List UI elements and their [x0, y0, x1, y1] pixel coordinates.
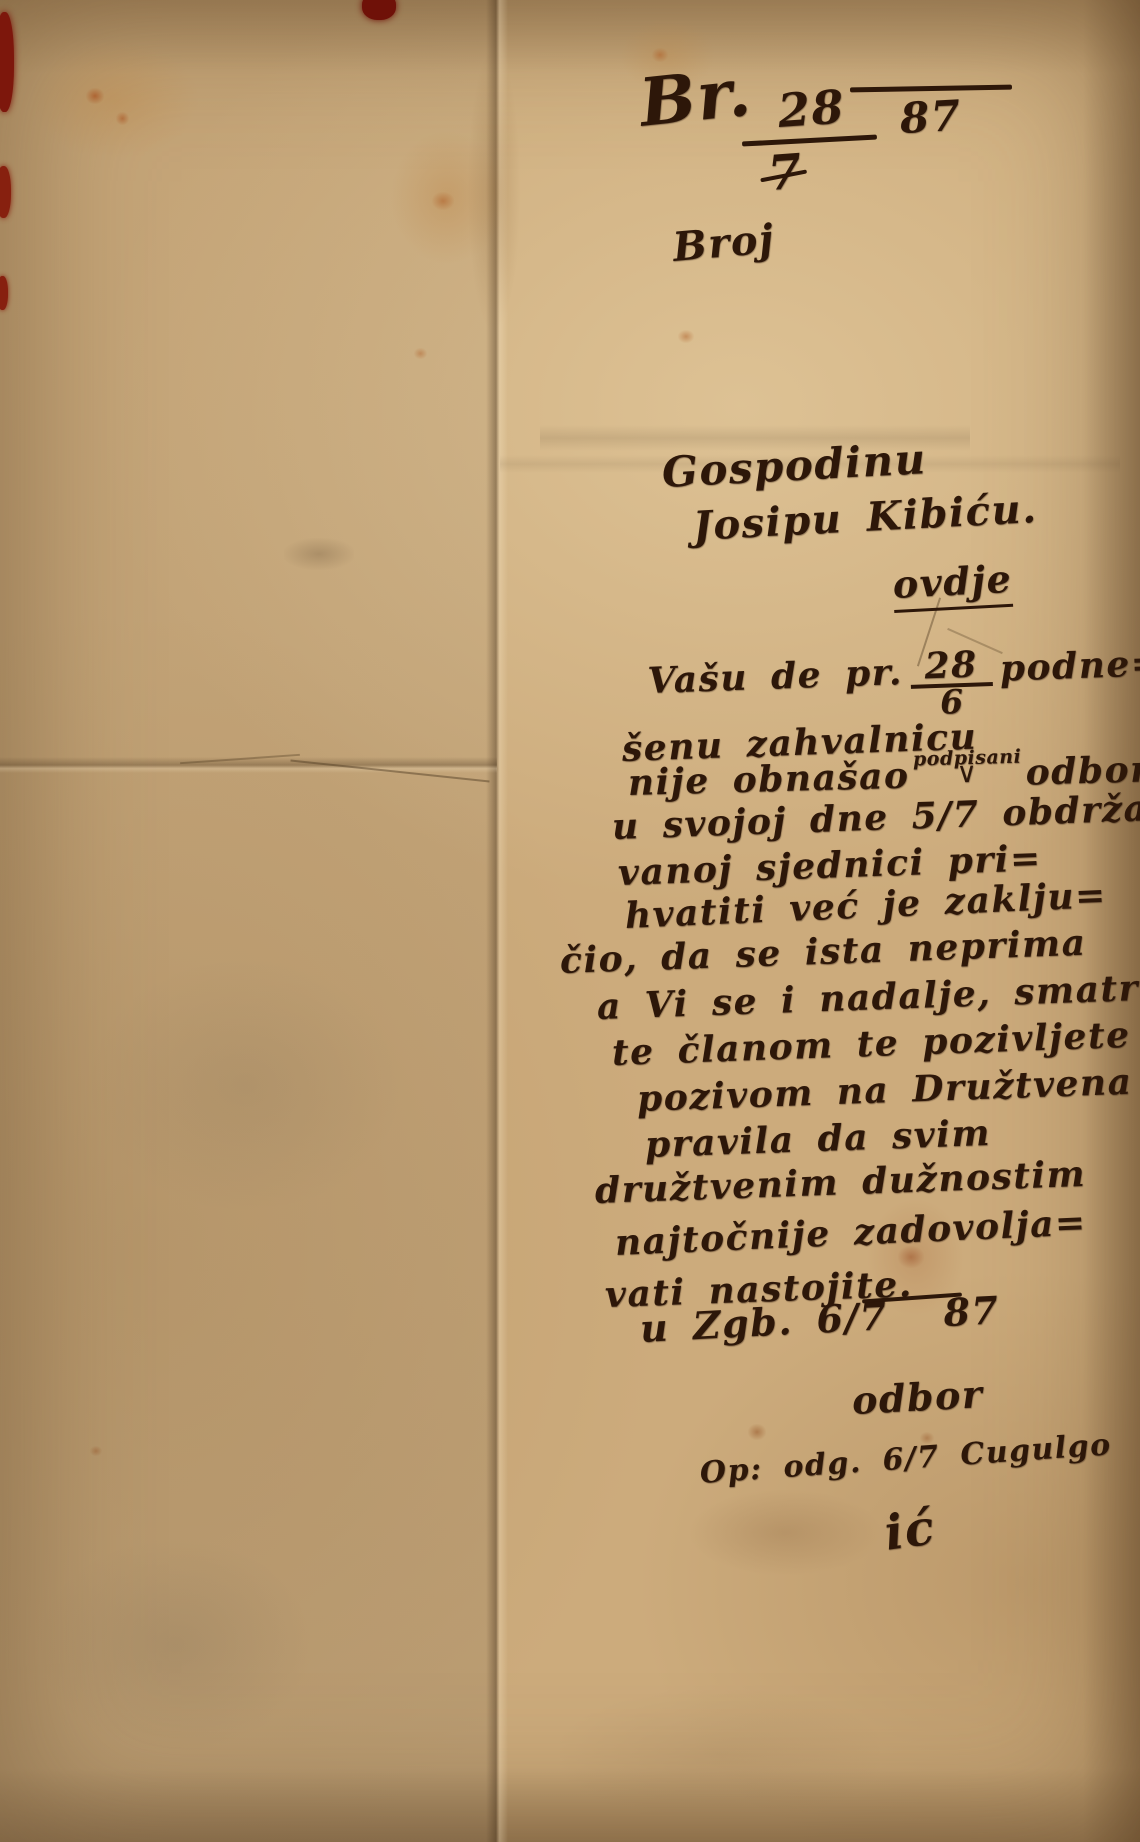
paper-stain	[414, 348, 427, 359]
red-edge-mark	[0, 12, 14, 112]
received-denominator: 6	[911, 686, 993, 719]
paper-stain	[116, 112, 129, 125]
registry-year: 87	[899, 91, 963, 143]
horizontal-fold	[0, 757, 497, 773]
red-edge-mark	[362, 0, 396, 20]
paper-stain	[690, 1490, 880, 1575]
address-place: ovdje	[892, 556, 1014, 613]
paper-stain	[30, 40, 200, 160]
paper-stain	[652, 48, 668, 62]
red-edge-mark	[0, 276, 8, 310]
received-number-fraction: 286	[910, 648, 993, 719]
paper-stain	[560, 1690, 880, 1820]
paper-stain	[40, 1540, 310, 1750]
registry-year-overline	[850, 85, 1012, 93]
crossed-seven: 7	[766, 144, 805, 202]
registry-note: Op: odg. 6/7 Cugulgo	[699, 1427, 1113, 1491]
closing-signatory: odbor	[851, 1371, 985, 1423]
insertion-caret: ∨	[956, 766, 978, 781]
paper-stain	[678, 330, 694, 343]
body-line-01-pre: Vašu de pr.	[647, 651, 904, 702]
body-line-13: najtočnije zadovolja=	[614, 1201, 1087, 1264]
registry-broj-label: Broj	[671, 215, 777, 271]
letter-page: Br. 28 7 87 Broj Gospodinu Josipu Kibiću…	[0, 0, 1140, 1842]
dateline-year: 87	[942, 1287, 1000, 1335]
paper-stain	[432, 192, 454, 210]
body-line-01-post: podne=	[999, 642, 1140, 690]
registry-fraction-line	[742, 134, 877, 146]
interlinear-insertion: podpisani∨	[913, 750, 1022, 782]
body-line-03-post: odbor	[1025, 748, 1140, 793]
paper-stain	[284, 538, 354, 570]
paper-stain	[90, 1446, 102, 1456]
vertical-fold	[486, 0, 508, 1842]
paper-stain	[748, 1424, 766, 1440]
addressee-name: Josipu Kibiću.	[692, 485, 1039, 550]
paper-stain	[90, 960, 400, 1210]
verso-left-panel	[0, 0, 497, 1842]
signature-flourish: ić	[881, 1499, 939, 1561]
paper-stain	[86, 88, 104, 104]
body-line-01: Vašu de pr.286podne=	[647, 642, 1140, 728]
registry-denominator: 7	[766, 144, 805, 202]
address-salutation: Gospodinu	[661, 434, 928, 497]
registry-prefix: Br.	[636, 53, 756, 142]
red-edge-mark	[0, 166, 11, 218]
registry-number: 28	[776, 79, 847, 138]
